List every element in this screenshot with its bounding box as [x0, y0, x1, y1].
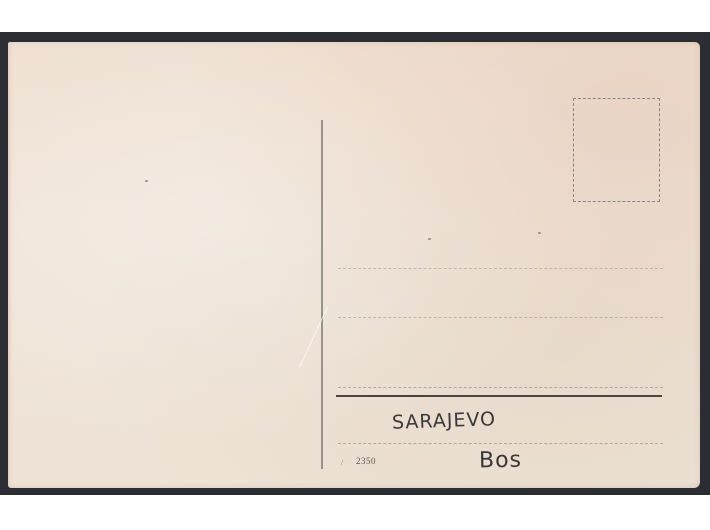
paper-crease: [299, 307, 358, 367]
address-line-3: [338, 387, 663, 388]
postcard-back: / 2350 SARAJEVO Bos: [8, 42, 700, 488]
paper-speck: [145, 180, 148, 182]
address-line-2: [338, 317, 663, 318]
card-edge: [8, 46, 11, 484]
print-number: 2350: [356, 456, 376, 466]
paper-speck: [538, 232, 541, 234]
tick-mark: /: [341, 458, 343, 467]
address-line-1: [338, 268, 663, 269]
paper-speck: [428, 238, 431, 240]
address-line-4: [338, 443, 663, 444]
stamp-placeholder-box: [573, 98, 660, 202]
handwritten-country: Bos: [479, 448, 522, 474]
address-underline: [336, 395, 662, 397]
center-divider-line: [321, 120, 323, 469]
handwritten-city: SARAJEVO: [392, 408, 497, 434]
